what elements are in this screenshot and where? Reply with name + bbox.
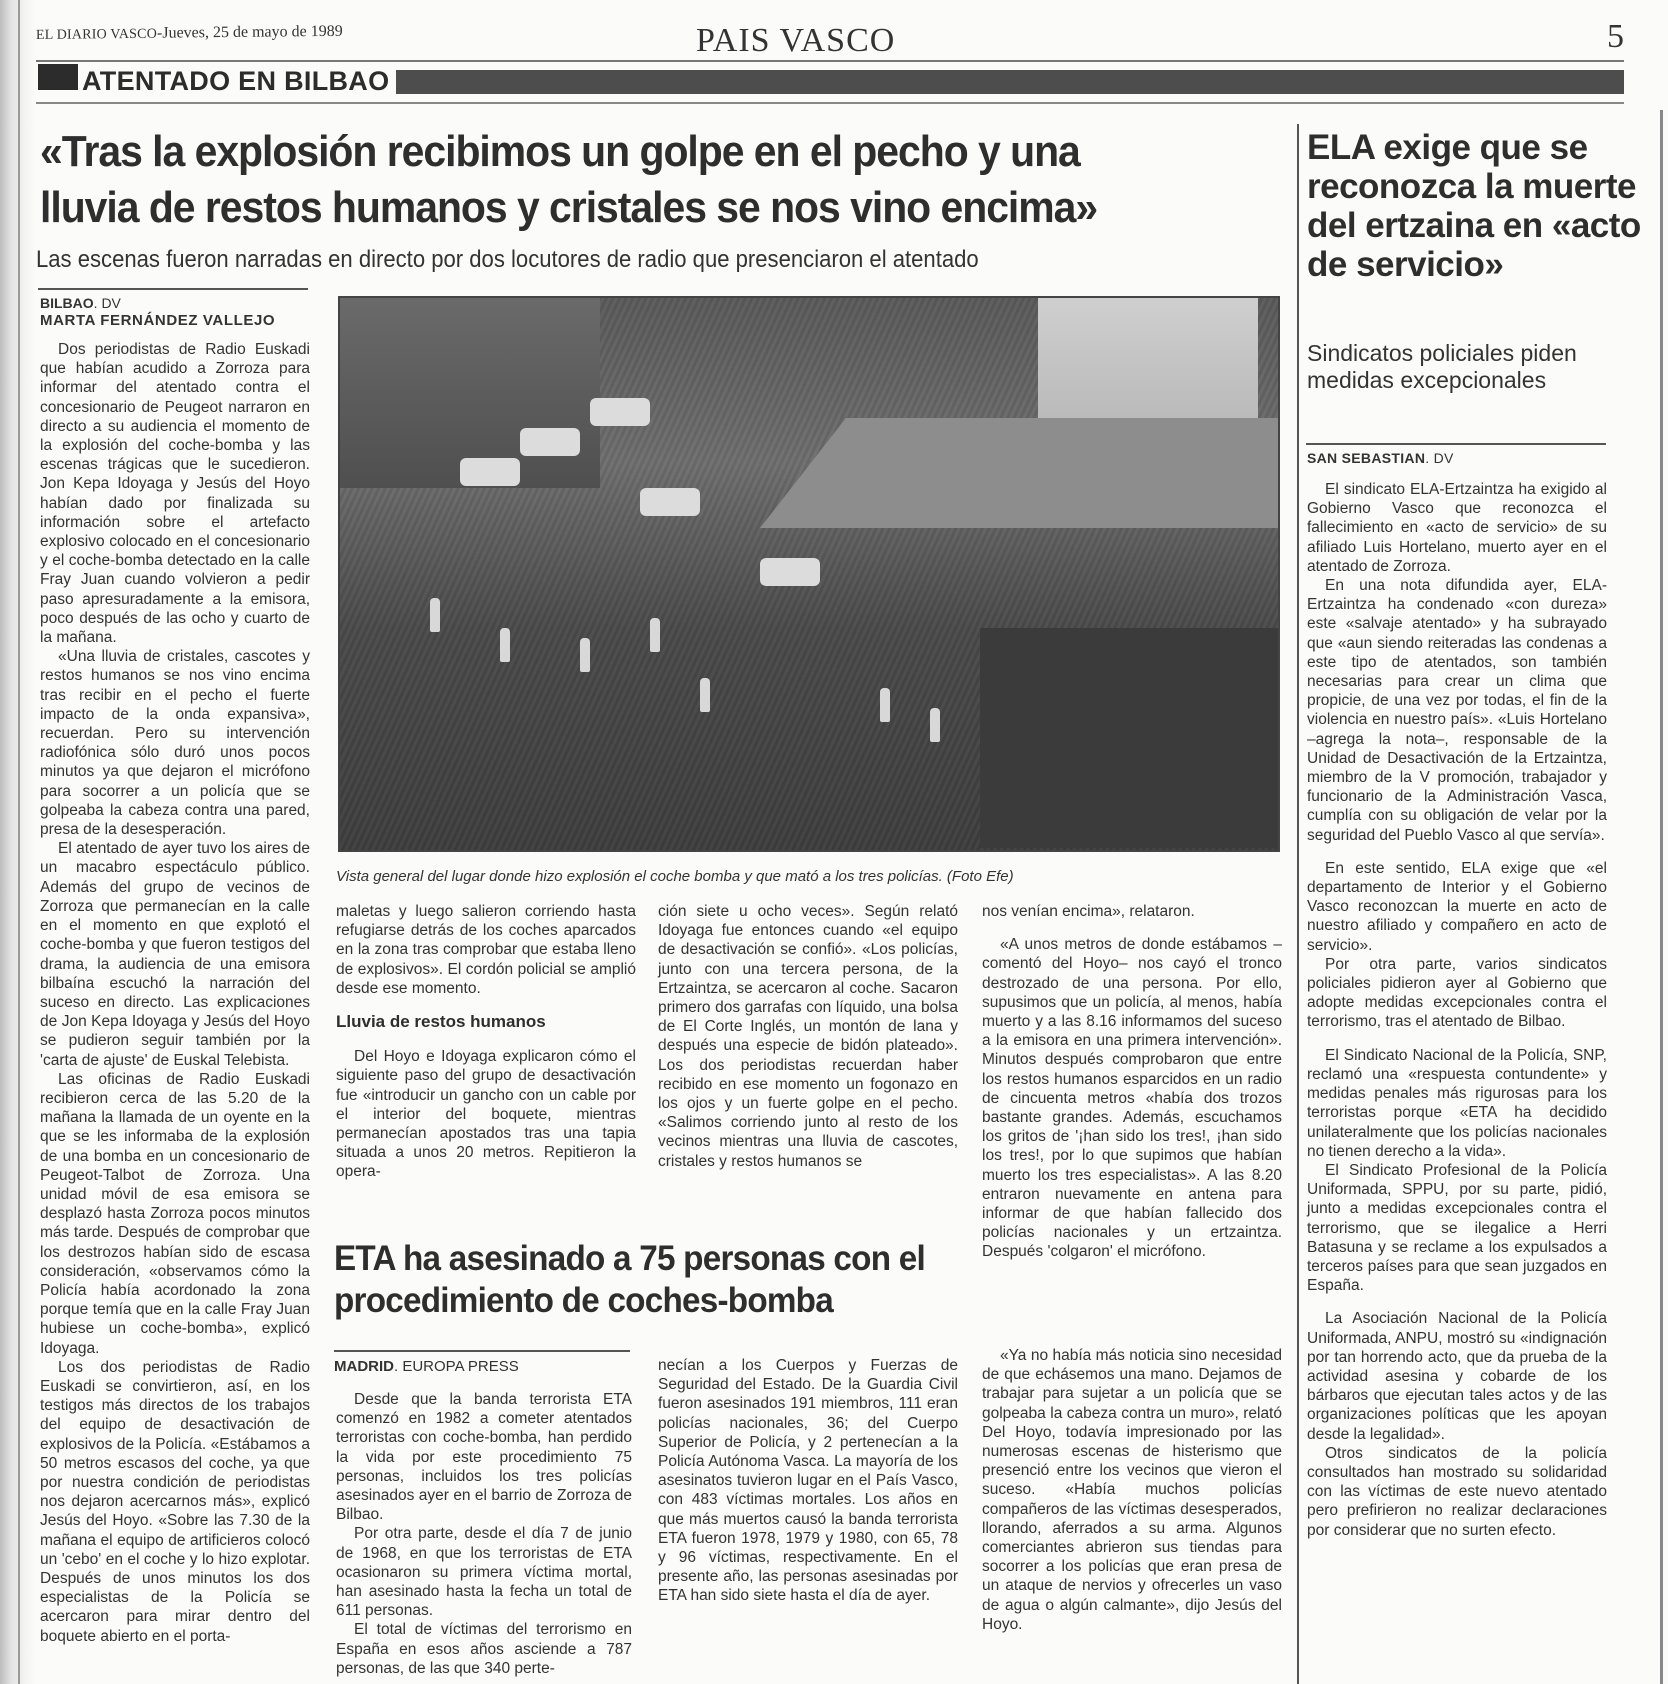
- photo-person: [500, 628, 510, 662]
- paragraph: «A unos metros de donde estábamos –comen…: [982, 935, 1282, 1261]
- sidebar-subhead: Sindicatos policiales piden medidas exce…: [1307, 340, 1607, 394]
- section-bar: ATENTADO EN BILBAO: [36, 64, 1624, 100]
- paragraph: En este sentido, ELA exige que «el depar…: [1307, 859, 1607, 955]
- dateline-city: MADRID: [334, 1358, 394, 1375]
- photo-terrace: [760, 418, 1280, 528]
- paragraph: Otros sindicatos de la policía consultad…: [1307, 1444, 1607, 1540]
- sidebar-byline: SAN SEBASTIAN. DV: [1307, 450, 1454, 466]
- paragraph: «Ya no había más noticia sino necesidad …: [982, 1346, 1282, 1634]
- paragraph: En una nota difundida ayer, ELA-Ertzaint…: [1307, 576, 1607, 845]
- paragraph: necían a los Cuerpos y Fuerzas de Seguri…: [658, 1356, 958, 1606]
- paragraph: ción siete u ocho veces». Según relató I…: [658, 902, 958, 1171]
- paragraph: El total de víctimas del terrorismo en E…: [336, 1620, 632, 1678]
- sidebar-headline: ELA exige que se reconozca la muerte del…: [1307, 128, 1647, 284]
- photo-car: [590, 398, 650, 426]
- eta-article-column-2: necían a los Cuerpos y Fuerzas de Seguri…: [658, 1356, 958, 1606]
- page-edge-rule: [1660, 110, 1663, 1684]
- main-article-column-1: Dos periodistas de Radio Euskadi que hab…: [40, 340, 310, 1646]
- byline-rule: [38, 288, 308, 290]
- photo-person: [430, 598, 440, 632]
- photo-person: [930, 708, 940, 742]
- eta-headline: ETA ha asesinado a 75 personas con el pr…: [334, 1238, 942, 1322]
- section-rule: [36, 102, 1624, 104]
- paragraph: nos venían encima», relataron.: [982, 902, 1282, 921]
- page-number: 5: [1607, 18, 1624, 56]
- paragraph: Las oficinas de Radio Euskadi recibieron…: [40, 1070, 310, 1358]
- paragraph: Del Hoyo e Idoyaga explicaron cómo el si…: [336, 1047, 636, 1181]
- eta-byline: MADRID. EUROPA PRESS: [334, 1358, 519, 1375]
- paragraph: El atentado de ayer tuvo los aires de un…: [40, 839, 310, 1069]
- masthead-rule: [36, 60, 1624, 62]
- eta-byline-rule: [334, 1350, 630, 1352]
- issue-date: -Jueves, 25 de mayo de 1989: [157, 23, 343, 42]
- section-marker-block: [38, 64, 78, 90]
- main-article-column-2: maletas y luego salieron corriendo hasta…: [336, 902, 636, 1182]
- main-byline: BILBAO. DV MARTA FERNÁNDEZ VALLEJO: [40, 294, 275, 330]
- eta-article-column-1: Desde que la banda terrorista ETA comenz…: [336, 1390, 632, 1678]
- author-name: MARTA FERNÁNDEZ VALLEJO: [40, 312, 275, 330]
- photo-person: [880, 688, 890, 722]
- dateline-agency: . EUROPA PRESS: [394, 1358, 519, 1375]
- paragraph: Por otra parte, varios sindicatos polici…: [1307, 955, 1607, 1032]
- photo-kiosk: [980, 628, 1280, 848]
- main-article-column-5: «Ya no había más noticia sino necesidad …: [982, 1346, 1282, 1634]
- main-article-column-4: nos venían encima», relataron. «A unos m…: [982, 902, 1282, 1262]
- photo-car: [460, 458, 520, 486]
- paragraph: «Una lluvia de cristales, cascotes y res…: [40, 647, 310, 839]
- dateline-agency: . DV: [1425, 450, 1453, 466]
- paragraph: Desde que la banda terrorista ETA comenz…: [336, 1390, 632, 1524]
- sidebar-byline-rule: [1306, 443, 1606, 445]
- main-headline: «Tras la explosión recibimos un golpe en…: [40, 124, 1184, 236]
- section-bar-label: ATENTADO EN BILBAO: [82, 66, 389, 97]
- dateline-city: SAN SEBASTIAN: [1307, 450, 1425, 466]
- dateline-agency: . DV: [94, 295, 121, 311]
- photo-person: [700, 678, 710, 712]
- masthead-newspaper-date: EL DIARIO VASCO-Jueves, 25 de mayo de 19…: [36, 23, 343, 44]
- paragraph: Por otra parte, desde el día 7 de junio …: [336, 1524, 632, 1620]
- paragraph: Dos periodistas de Radio Euskadi que hab…: [40, 340, 310, 647]
- paragraph: El Sindicato Profesional de la Policía U…: [1307, 1161, 1607, 1295]
- photo-caption: Vista general del lugar donde hizo explo…: [336, 868, 1296, 885]
- photo-car: [760, 558, 820, 586]
- news-photo: [338, 296, 1280, 852]
- masthead: EL DIARIO VASCO-Jueves, 25 de mayo de 19…: [36, 18, 1624, 64]
- sidebar-divider: [1297, 124, 1299, 1684]
- section-band: [396, 70, 1624, 94]
- dateline-city: BILBAO: [40, 295, 94, 311]
- page-fold-line: [18, 0, 20, 1684]
- paragraph: La Asociación Nacional de la Policía Uni…: [1307, 1309, 1607, 1443]
- main-subhead: Las escenas fueron narradas en directo p…: [36, 246, 1186, 274]
- sidebar-article-body: El sindicato ELA-Ertzaintza ha exigido a…: [1307, 480, 1607, 1540]
- paragraph: Los dos periodistas de Radio Euskadi se …: [40, 1358, 310, 1646]
- photo-person: [650, 618, 660, 652]
- paragraph: El sindicato ELA-Ertzaintza ha exigido a…: [1307, 480, 1607, 576]
- photo-car: [520, 428, 580, 456]
- newspaper-name: EL DIARIO VASCO: [36, 27, 157, 43]
- paragraph: maletas y luego salieron corriendo hasta…: [336, 902, 636, 998]
- photo-car: [640, 488, 700, 516]
- subsection-heading: Lluvia de restos humanos: [336, 1012, 636, 1031]
- paragraph: El Sindicato Nacional de la Policía, SNP…: [1307, 1046, 1607, 1161]
- main-article-column-3: ción siete u ocho veces». Según relató I…: [658, 902, 958, 1171]
- photo-person: [580, 638, 590, 672]
- section-name: PAIS VASCO: [696, 22, 895, 60]
